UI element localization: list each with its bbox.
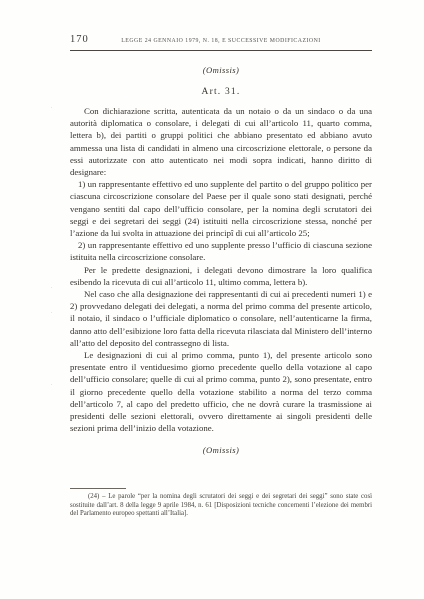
paragraph: Per le predette designazioni, i delegati…	[70, 264, 372, 288]
paragraph: Nel caso che alla designazione dei rappr…	[70, 288, 372, 349]
paragraph: Le designazioni di cui al primo comma, p…	[70, 349, 372, 434]
margin-mark: ·	[51, 383, 52, 388]
list-item: 2) un rappresentante effettivo ed uno su…	[70, 239, 372, 263]
margin-mark: ·	[51, 106, 52, 111]
article-heading: Art. 31.	[70, 87, 372, 97]
paragraph: Con dichiarazione scritta, autenticata d…	[70, 105, 372, 178]
page-header: 170 LEGGE 24 GENNAIO 1979, N. 18, E SUCC…	[70, 36, 372, 51]
footnote-divider	[70, 488, 126, 489]
omissis-top: (Omissis)	[70, 65, 372, 75]
omissis-bottom: (Omissis)	[70, 445, 372, 455]
running-title: LEGGE 24 GENNAIO 1979, N. 18, E SUCCESSI…	[70, 38, 372, 44]
list-item: 1) un rappresentante effettivo ed uno su…	[70, 178, 372, 239]
article-body: Con dichiarazione scritta, autenticata d…	[70, 105, 372, 434]
footnote: (24) – Le parole “per la nomina degli sc…	[70, 493, 372, 519]
margin-mark: ·	[51, 286, 52, 291]
margin-mark: ·	[51, 311, 52, 316]
scanned-law-page: 170 LEGGE 24 GENNAIO 1979, N. 18, E SUCC…	[0, 0, 424, 599]
